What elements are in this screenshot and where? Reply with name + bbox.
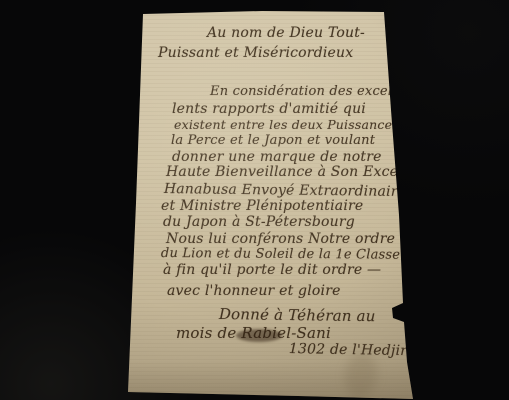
letter-body-line: et Ministre Plénipotentiaire — [161, 198, 363, 214]
letter-body-line: Haute Bienveillance à Son Excel- — [166, 164, 408, 180]
ink-smudge — [236, 329, 282, 342]
letter-body-line: En considération des excel- — [210, 84, 397, 100]
letter-line-invocation-2: Puissant et Miséricordieux — [158, 45, 353, 61]
letter-paper: Au nom de Dieu Tout- Puissant et Miséric… — [0, 0, 509, 400]
letter-body-line: à fin qu'il porte le dit ordre — — [163, 262, 381, 278]
letter-body-line: donner une marque de notre — [172, 149, 382, 165]
letter-line-invocation-1: Au nom de Dieu Tout- — [207, 25, 365, 41]
letter-body-line: du Japon à St-Pétersbourg — [163, 214, 355, 230]
letter-body-line: existent entre les deux Puissances — [174, 117, 399, 133]
letter-closing-line: Donné à Téhéran au — [219, 306, 376, 324]
photo-background: Au nom de Dieu Tout- Puissant et Miséric… — [0, 0, 509, 400]
letter-body-line: lents rapports d'amitié qui — [172, 101, 366, 117]
letter-body-line: Nous lui conférons Notre ordre — [166, 231, 395, 247]
letter-body-line: avec l'honneur et gloire — [167, 283, 341, 299]
letter-body-line: la Perce et le Japon et voulant — [171, 133, 375, 149]
